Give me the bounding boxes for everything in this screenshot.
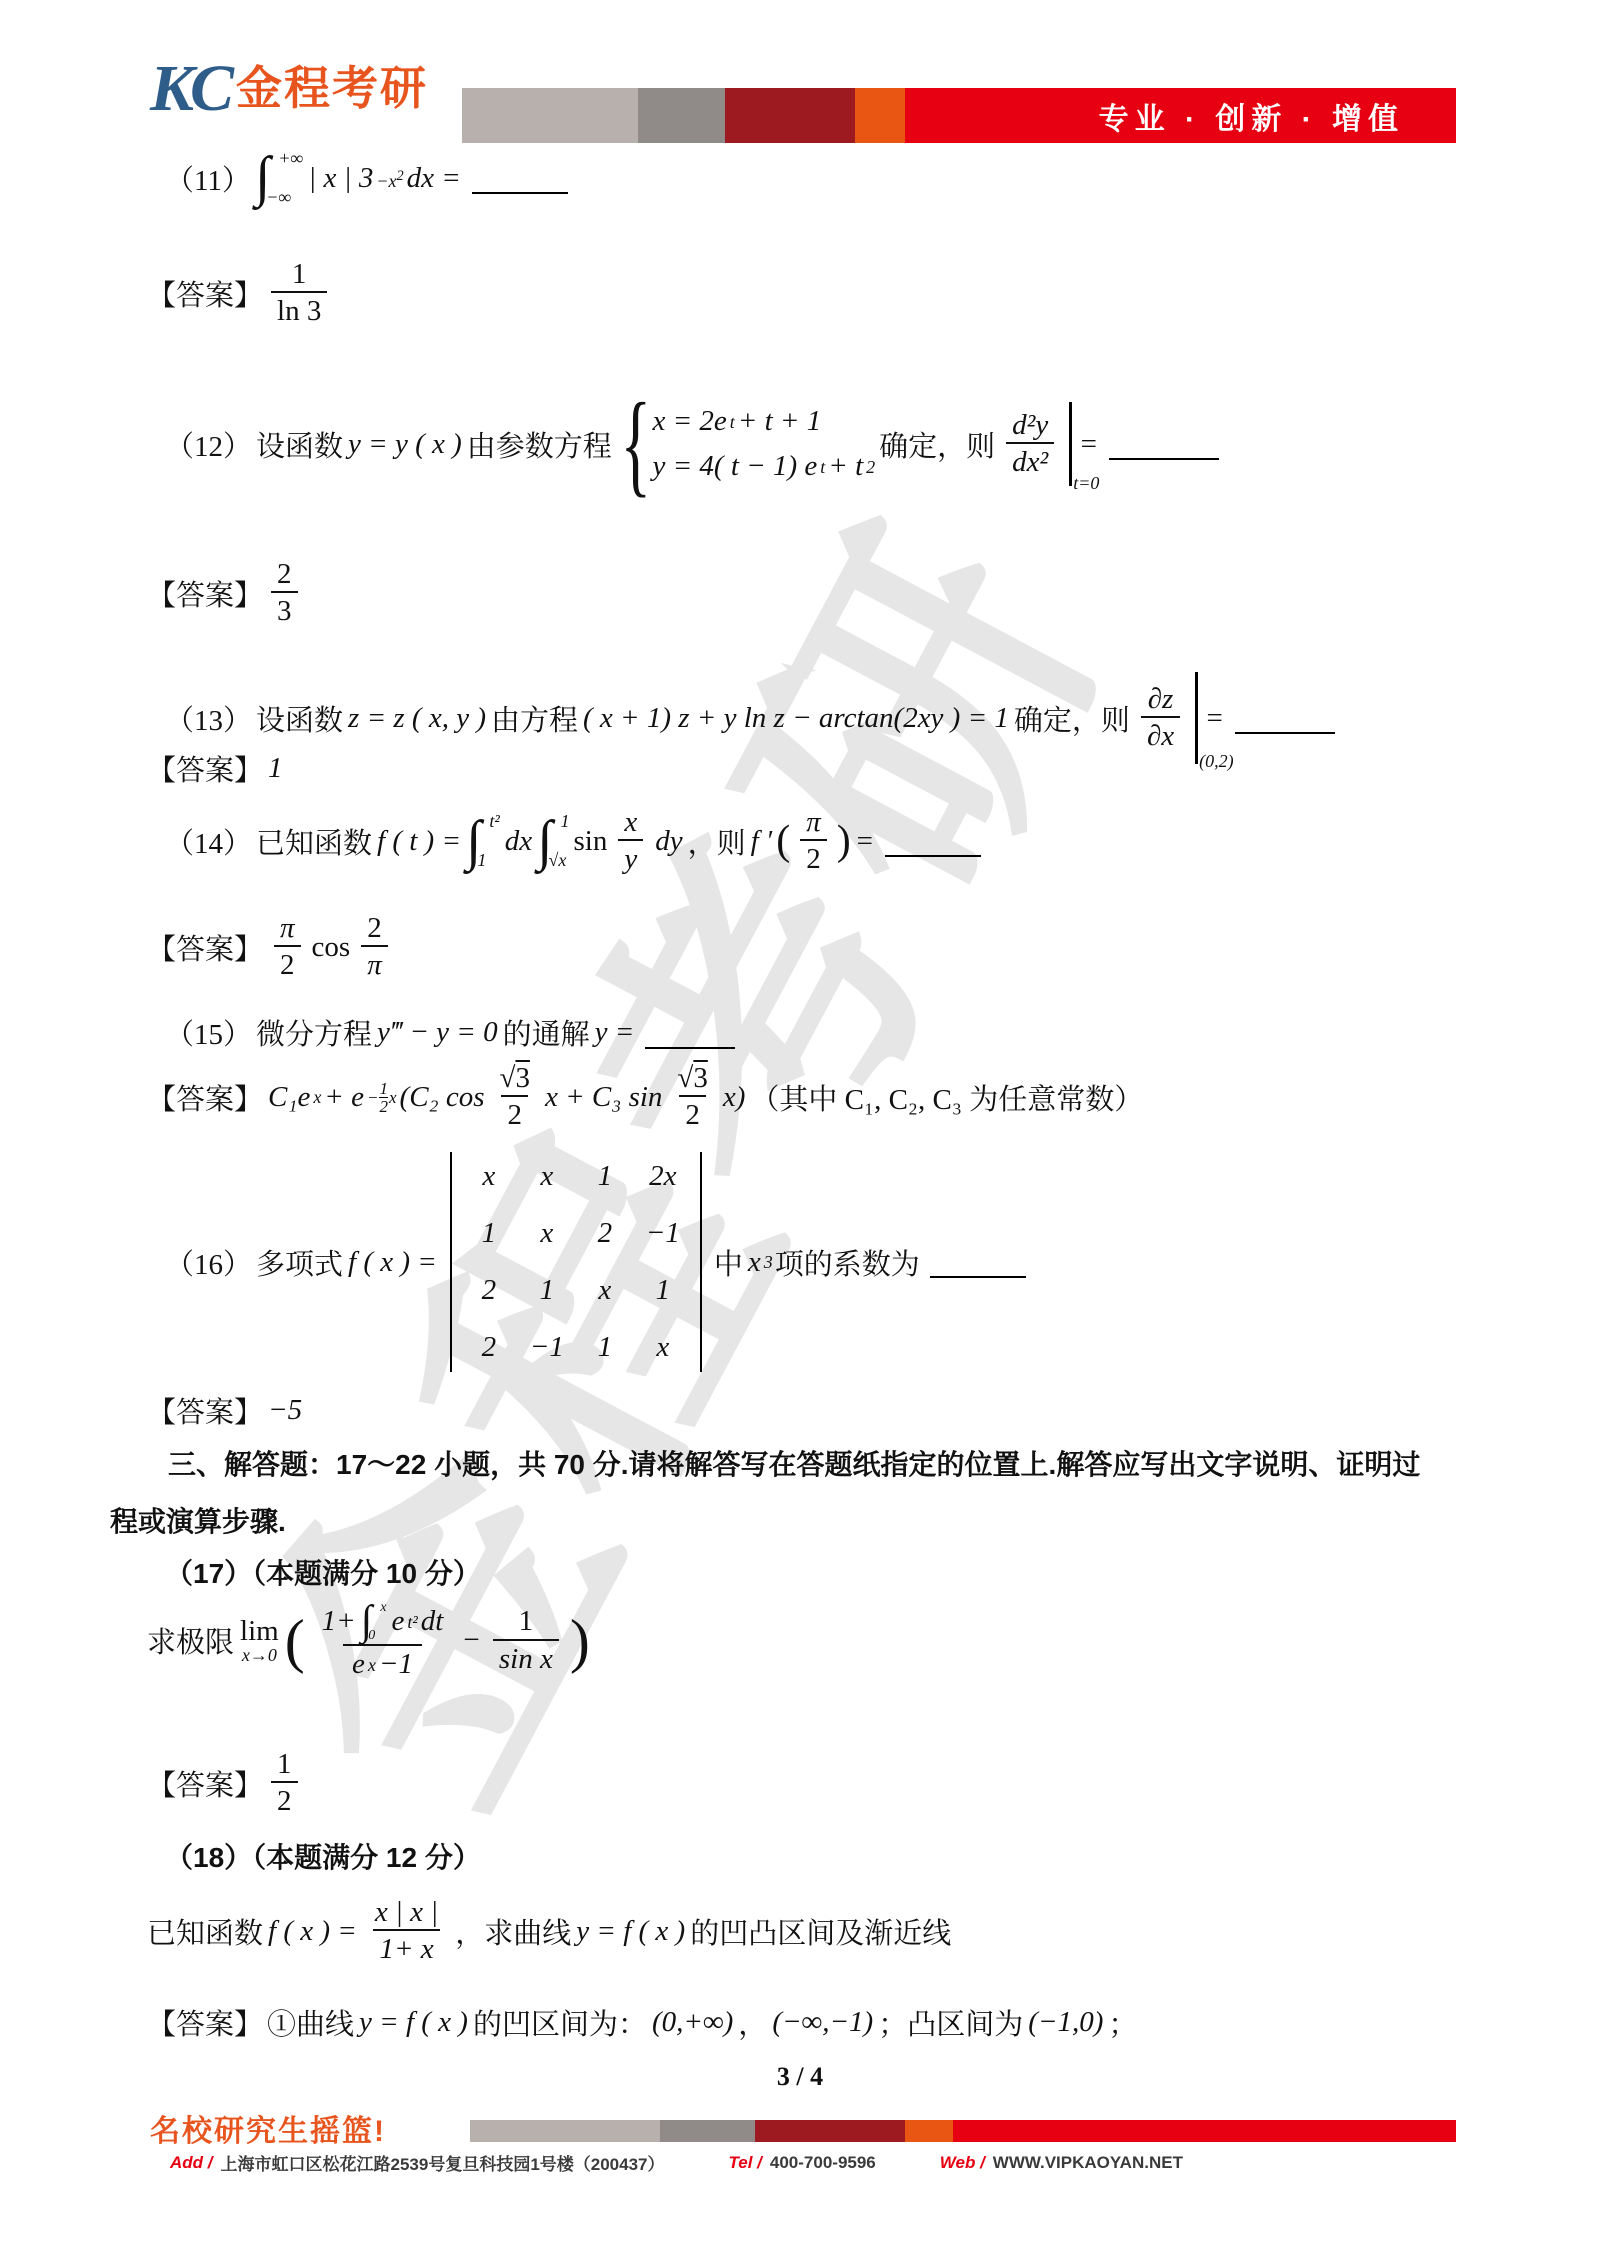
answer-11: 【答案】 1ln 3 xyxy=(145,258,333,329)
right-paren: ) xyxy=(570,1611,590,1671)
header-bar-segment-gray-mid xyxy=(638,88,725,143)
function-name: sin xyxy=(574,825,608,858)
determinant-cell: x xyxy=(518,1160,576,1193)
fraction-denominator: π xyxy=(361,945,388,982)
section-heading-text: 程或演算步骤. xyxy=(110,1500,286,1540)
determinant-cell: 2 xyxy=(460,1274,518,1307)
answer-blank xyxy=(885,853,981,857)
math-expression: y = xyxy=(595,1016,635,1049)
answer-blank xyxy=(472,190,568,194)
question-number: （16） xyxy=(165,1242,252,1283)
evaluation-bar: t=0 xyxy=(1069,402,1072,486)
address-label: Add / xyxy=(170,2153,213,2173)
header-bar-segment-gray-light xyxy=(462,88,638,143)
fraction-denominator: 3 xyxy=(271,591,298,628)
math-expression: (0,+∞) xyxy=(652,2006,733,2039)
fraction-denominator: 2 xyxy=(379,1097,388,1115)
web-url: WWW.VIPKAOYAN.NET xyxy=(993,2153,1183,2173)
answer-text: ①曲线 xyxy=(267,2002,354,2043)
footer-contact-info: Add / 上海市虹口区松花江路2539号复旦科技园1号楼（200437） Te… xyxy=(170,2150,1456,2175)
exponent: −x xyxy=(376,170,396,190)
sqrt-symbol: √ xyxy=(500,1062,516,1095)
numerator-text: 1+ xyxy=(322,1605,356,1638)
footer-bar-segment-orange xyxy=(905,2120,953,2142)
sqrt-fraction: √32 xyxy=(671,1062,713,1133)
fraction: x | x |1+ x xyxy=(366,1896,447,1967)
math-expression: dx xyxy=(505,825,532,858)
answer-blank xyxy=(1109,456,1219,460)
question-13: （13） 设函数 z = z ( x, y ) 由方程 ( x + 1) z +… xyxy=(163,672,1335,764)
math-expression: dt xyxy=(421,1605,444,1638)
fraction-denominator: 1+ x xyxy=(373,1929,439,1966)
answer-note: （其中 C₁, C₂, C₃ 为任意常数） xyxy=(750,1077,1143,1118)
web-label: Web / xyxy=(940,2153,985,2173)
math-expression: y = f ( x ) xyxy=(576,1915,685,1948)
section-heading-line2: 程或演算步骤. xyxy=(110,1500,286,1540)
fraction-numerator: π xyxy=(274,912,301,945)
integral-upper-limit: t² xyxy=(489,811,499,832)
fraction-denominator: y xyxy=(618,839,643,876)
equals-sign: = xyxy=(1205,702,1225,735)
math-expression: (−∞,−1) xyxy=(772,2006,873,2039)
answer-blank xyxy=(645,1045,735,1049)
big-fraction: 1+ ∫ x0 et² dt ex−1 xyxy=(313,1600,453,1681)
question-number: （14） xyxy=(165,821,252,862)
determinant-cell: −1 xyxy=(634,1217,692,1250)
answer-label: 【答案】 xyxy=(147,1390,263,1431)
question-text: 中 xyxy=(714,1242,743,1283)
question-text: 确定，则 xyxy=(1014,698,1130,739)
footer-bar-segment-darkred xyxy=(755,2120,905,2142)
fraction-numerator: π xyxy=(800,806,827,839)
tel-label: Tel / xyxy=(729,2153,762,2173)
question-text: 的通解 xyxy=(503,1012,590,1053)
math-expression: x + C₃ sin xyxy=(545,1081,662,1114)
derivative-fraction: d²ydx² xyxy=(1003,409,1057,480)
answer-label: 【答案】 xyxy=(147,273,263,314)
fraction-denominator: dx² xyxy=(1006,442,1054,479)
question-16: （16） 多项式 f ( x ) = xx12x 1x2−1 21x1 2−11… xyxy=(163,1152,1026,1372)
question-text: 由参数方程 xyxy=(467,424,612,465)
determinant-cell: −1 xyxy=(518,1331,576,1364)
fraction-numerator: 1 xyxy=(271,1748,298,1781)
equation-2-tail: + t xyxy=(828,450,863,483)
radicand: 3 xyxy=(693,1062,708,1095)
answer-17: 【答案】 12 xyxy=(145,1748,304,1819)
question-number: （12） xyxy=(165,424,252,465)
kc-logo-icon: KC xyxy=(150,59,230,118)
question-11: （11） ∫ +∞−∞ | x | 3−x2 dx = xyxy=(163,148,568,208)
math-expression: f ′ xyxy=(751,825,773,858)
question-text: 设函数 xyxy=(256,698,343,739)
math-expression: x) xyxy=(723,1081,746,1114)
evaluation-point: (0,2) xyxy=(1199,751,1234,772)
fraction-denominator: 2 xyxy=(271,1781,298,1818)
math-expression: e xyxy=(391,1605,404,1638)
answer-label: 【答案】 xyxy=(147,2002,263,2043)
fraction: 1ln 3 xyxy=(271,258,327,329)
question-text: ，求曲线 xyxy=(455,1911,571,1952)
integral-lower-limit: 0 xyxy=(368,1628,386,1644)
question-number: （15） xyxy=(165,1012,252,1053)
tel-number: 400-700-9596 xyxy=(770,2153,876,2173)
determinant-cell: 1 xyxy=(460,1217,518,1250)
function-name: cos xyxy=(312,931,351,964)
fraction-numerator: 1 xyxy=(379,1080,388,1097)
partial-derivative-fraction: ∂z∂x xyxy=(1138,683,1183,754)
equation-1: x = 2e xyxy=(652,405,726,438)
fraction-numerator: d²y xyxy=(1006,409,1054,442)
left-paren: ( xyxy=(285,1611,305,1671)
footer-color-bar xyxy=(470,2120,1456,2142)
answer-blank xyxy=(1235,730,1335,734)
equation-1-tail: + t + 1 xyxy=(738,405,821,438)
fraction-numerator: 2 xyxy=(361,912,388,945)
page-number: 3 / 4 xyxy=(777,2062,823,2092)
fraction-denominator: 2 xyxy=(800,839,827,876)
determinant-cell: x xyxy=(576,1274,634,1307)
exponent-variable: x xyxy=(389,1089,397,1106)
question-head-text: （18）（本题满分 12 分） xyxy=(165,1836,481,1876)
fraction-numerator: 1 xyxy=(286,258,313,291)
math-expression: | x | 3 xyxy=(308,162,373,195)
section-heading-text: 三、解答题：17～22 小题，共 70 分.请将解答写在答题纸指定的位置上.解答… xyxy=(168,1443,1420,1483)
question-text: 已知函数 xyxy=(147,1911,263,1952)
address-text: 上海市虹口区松花江路2539号复旦科技园1号楼（200437） xyxy=(221,2150,665,2175)
question-text: 项的系数为 xyxy=(775,1242,920,1283)
answer-blank xyxy=(930,1274,1026,1278)
answer-text: 的凹区间为： xyxy=(473,2002,647,2043)
answer-value: 1 xyxy=(268,752,283,785)
math-expression: (C₂ cos xyxy=(400,1081,485,1114)
fraction-denominator: 2 xyxy=(274,945,301,982)
answer-18: 【答案】 ①曲线 y = f ( x ) 的凹区间为： (0,+∞) ， (−∞… xyxy=(145,2002,1139,2043)
integral-lower-limit: √x xyxy=(549,850,570,871)
question-12: （12） 设函数 y = y ( x ) 由参数方程 { x = 2et+ t … xyxy=(163,398,1219,491)
integral: ∫ t²1 xyxy=(466,811,500,871)
limit-subscript: x→0 xyxy=(242,1646,277,1665)
left-paren: ( xyxy=(776,820,790,862)
integral: ∫ x0 xyxy=(361,1600,387,1644)
question-15: （15） 微分方程 y‴ − y = 0 的通解 y = xyxy=(163,1012,735,1053)
integral-lower-limit: 1 xyxy=(477,850,499,871)
footer-bar-segment-gray-mid xyxy=(660,2120,755,2142)
fraction: xy xyxy=(615,806,646,877)
logo-company-name: 金程考研 xyxy=(236,52,428,118)
answer-15: 【答案】 C₁ex + e −12x (C₂ cos √32 x + C₃ si… xyxy=(145,1062,1145,1133)
answer-label: 【答案】 xyxy=(147,927,263,968)
question-17-head: （17）（本题满分 10 分） xyxy=(165,1552,481,1592)
radicand: 3 xyxy=(515,1062,530,1095)
minus-sign: − xyxy=(461,1624,481,1657)
math-expression: x xyxy=(748,1246,761,1279)
brace-symbol: { xyxy=(620,398,651,491)
answer-label: 【答案】 xyxy=(147,748,263,789)
question-number: （13） xyxy=(165,698,252,739)
integral-upper-limit: +∞ xyxy=(278,148,303,169)
determinant-cell: 2 xyxy=(576,1217,634,1250)
equation-2: y = 4( t − 1) e xyxy=(652,450,817,483)
evaluation-point: t=0 xyxy=(1073,473,1099,494)
equation-system: { x = 2et+ t + 1 y = 4( t − 1) et+ t2 xyxy=(616,398,875,491)
minus-sign: − xyxy=(367,1089,378,1106)
exponent-fraction: −12x xyxy=(367,1080,397,1115)
question-text: 设函数 xyxy=(256,424,343,465)
right-paren: ) xyxy=(837,820,851,862)
question-text: 求极限 xyxy=(147,1620,234,1661)
sqrt-fraction: √32 xyxy=(494,1062,536,1133)
header-color-bar: 专业 · 创新 · 增值 xyxy=(462,88,1456,143)
fraction-denominator: 2 xyxy=(501,1095,528,1132)
question-18-head: （18）（本题满分 12 分） xyxy=(165,1836,481,1876)
integral-lower-limit: −∞ xyxy=(266,187,303,208)
question-17-body: 求极限 limx→0 ( 1+ ∫ x0 et² dt ex−1 − 1sin … xyxy=(145,1600,592,1681)
equals-sign: = xyxy=(1079,428,1099,461)
math-expression: C₁e xyxy=(268,1081,310,1114)
company-logo: KC 金程考研 xyxy=(150,52,428,118)
answer-13: 【答案】 1 xyxy=(145,748,286,789)
header-bar-segment-orange xyxy=(855,88,905,143)
determinant: xx12x 1x2−1 21x1 2−11x xyxy=(450,1152,702,1372)
answer-14: 【答案】 π2 cos 2π xyxy=(145,912,397,983)
math-expression: y‴ − y = 0 xyxy=(377,1016,498,1049)
math-expression: y = f ( x ) xyxy=(359,2006,468,2039)
determinant-cell: x xyxy=(518,1217,576,1250)
answer-text: ， xyxy=(738,2002,767,2043)
fraction-denominator: sin x xyxy=(493,1639,559,1676)
fraction: 23 xyxy=(271,558,298,629)
question-head-text: （17）（本题满分 10 分） xyxy=(165,1552,481,1592)
fraction-numerator: x xyxy=(618,806,643,839)
answer-value: −5 xyxy=(268,1394,302,1427)
math-expression: (−1,0) xyxy=(1028,2006,1103,2039)
determinant-cell: 2x xyxy=(634,1160,692,1193)
question-18-body: 已知函数 f ( x ) = x | x |1+ x ，求曲线 y = f ( … xyxy=(145,1896,953,1967)
fraction-numerator: 1 xyxy=(513,1605,540,1638)
answer-label: 【答案】 xyxy=(147,1763,263,1804)
answer-12: 【答案】 23 xyxy=(145,558,304,629)
answer-text: ；凸区间为 xyxy=(878,2002,1023,2043)
math-expression: f ( x ) = xyxy=(268,1915,357,1948)
integral-upper-limit: x xyxy=(380,1600,386,1616)
footer-slogan: 名校研究生摇篮! xyxy=(150,2106,386,2150)
math-expression: f ( x ) = xyxy=(348,1246,437,1279)
evaluation-bar: (0,2) xyxy=(1195,672,1198,764)
header-slogan: 专业 · 创新 · 增值 xyxy=(905,88,1456,143)
integral-upper-limit: 1 xyxy=(561,811,570,832)
question-text: ，则 xyxy=(688,821,746,862)
determinant-cell: 1 xyxy=(518,1274,576,1307)
determinant-cell: 1 xyxy=(576,1331,634,1364)
fraction: π2 xyxy=(797,806,830,877)
sqrt-symbol: √ xyxy=(677,1062,693,1095)
fraction: 12 xyxy=(271,1748,298,1819)
determinant-cell: x xyxy=(460,1160,518,1193)
math-expression: y = y ( x ) xyxy=(348,428,462,461)
question-14: （14） 已知函数 f ( t ) = ∫ t²1 dx ∫ 1√x sin x… xyxy=(163,806,981,877)
determinant-cell: 1 xyxy=(634,1274,692,1307)
math-expression: −1 xyxy=(379,1648,413,1681)
determinant-cell: 2 xyxy=(460,1331,518,1364)
math-expression: e xyxy=(352,1648,365,1681)
integral: ∫ 1√x xyxy=(537,811,569,871)
fraction: π2 xyxy=(271,912,304,983)
math-expression: f ( t ) = xyxy=(377,825,461,858)
answer-label: 【答案】 xyxy=(147,1077,263,1118)
equals-sign: = xyxy=(855,825,875,858)
question-text: 确定，则 xyxy=(879,424,995,465)
math-expression: dy xyxy=(655,825,682,858)
question-text: 已知函数 xyxy=(256,821,372,862)
integral: ∫ +∞−∞ xyxy=(255,148,303,208)
section-heading-line1: 三、解答题：17～22 小题，共 70 分.请将解答写在答题纸指定的位置上.解答… xyxy=(168,1443,1420,1483)
fraction-denominator: 2 xyxy=(679,1095,706,1132)
header-bar-segment-darkred xyxy=(725,88,855,143)
answer-label: 【答案】 xyxy=(147,573,263,614)
math-expression: + e xyxy=(324,1081,364,1114)
fraction: 2π xyxy=(358,912,391,983)
question-text: 微分方程 xyxy=(256,1012,372,1053)
fraction-numerator: ∂z xyxy=(1142,683,1180,716)
math-expression: dx = xyxy=(407,162,461,195)
exponent-power: 2 xyxy=(396,168,403,184)
answer-16: 【答案】 −5 xyxy=(145,1390,305,1431)
footer-bar-segment-gray-light xyxy=(470,2120,660,2142)
answer-text: ； xyxy=(1108,2002,1137,2043)
limit-word: lim xyxy=(240,1616,279,1646)
math-expression: z = z ( x, y ) xyxy=(348,702,486,735)
footer-bar-segment-red xyxy=(953,2120,1456,2142)
math-expression: ( x + 1) z + y ln z − arctan(2xy ) = 1 xyxy=(583,702,1009,735)
fraction-denominator: ∂x xyxy=(1141,716,1180,753)
fraction-numerator: x | x | xyxy=(369,1896,444,1929)
fraction: 1sin x xyxy=(490,1605,562,1676)
question-text: 的凹凸区间及渐近线 xyxy=(690,1911,951,1952)
question-text: 多项式 xyxy=(256,1242,343,1283)
determinant-cell: x xyxy=(634,1331,692,1364)
limit: limx→0 xyxy=(240,1616,279,1665)
question-text: 由方程 xyxy=(491,698,578,739)
fraction-numerator: 2 xyxy=(271,558,298,591)
fraction-denominator: ln 3 xyxy=(271,291,327,328)
question-number: （11） xyxy=(165,158,251,199)
determinant-cell: 1 xyxy=(576,1160,634,1193)
